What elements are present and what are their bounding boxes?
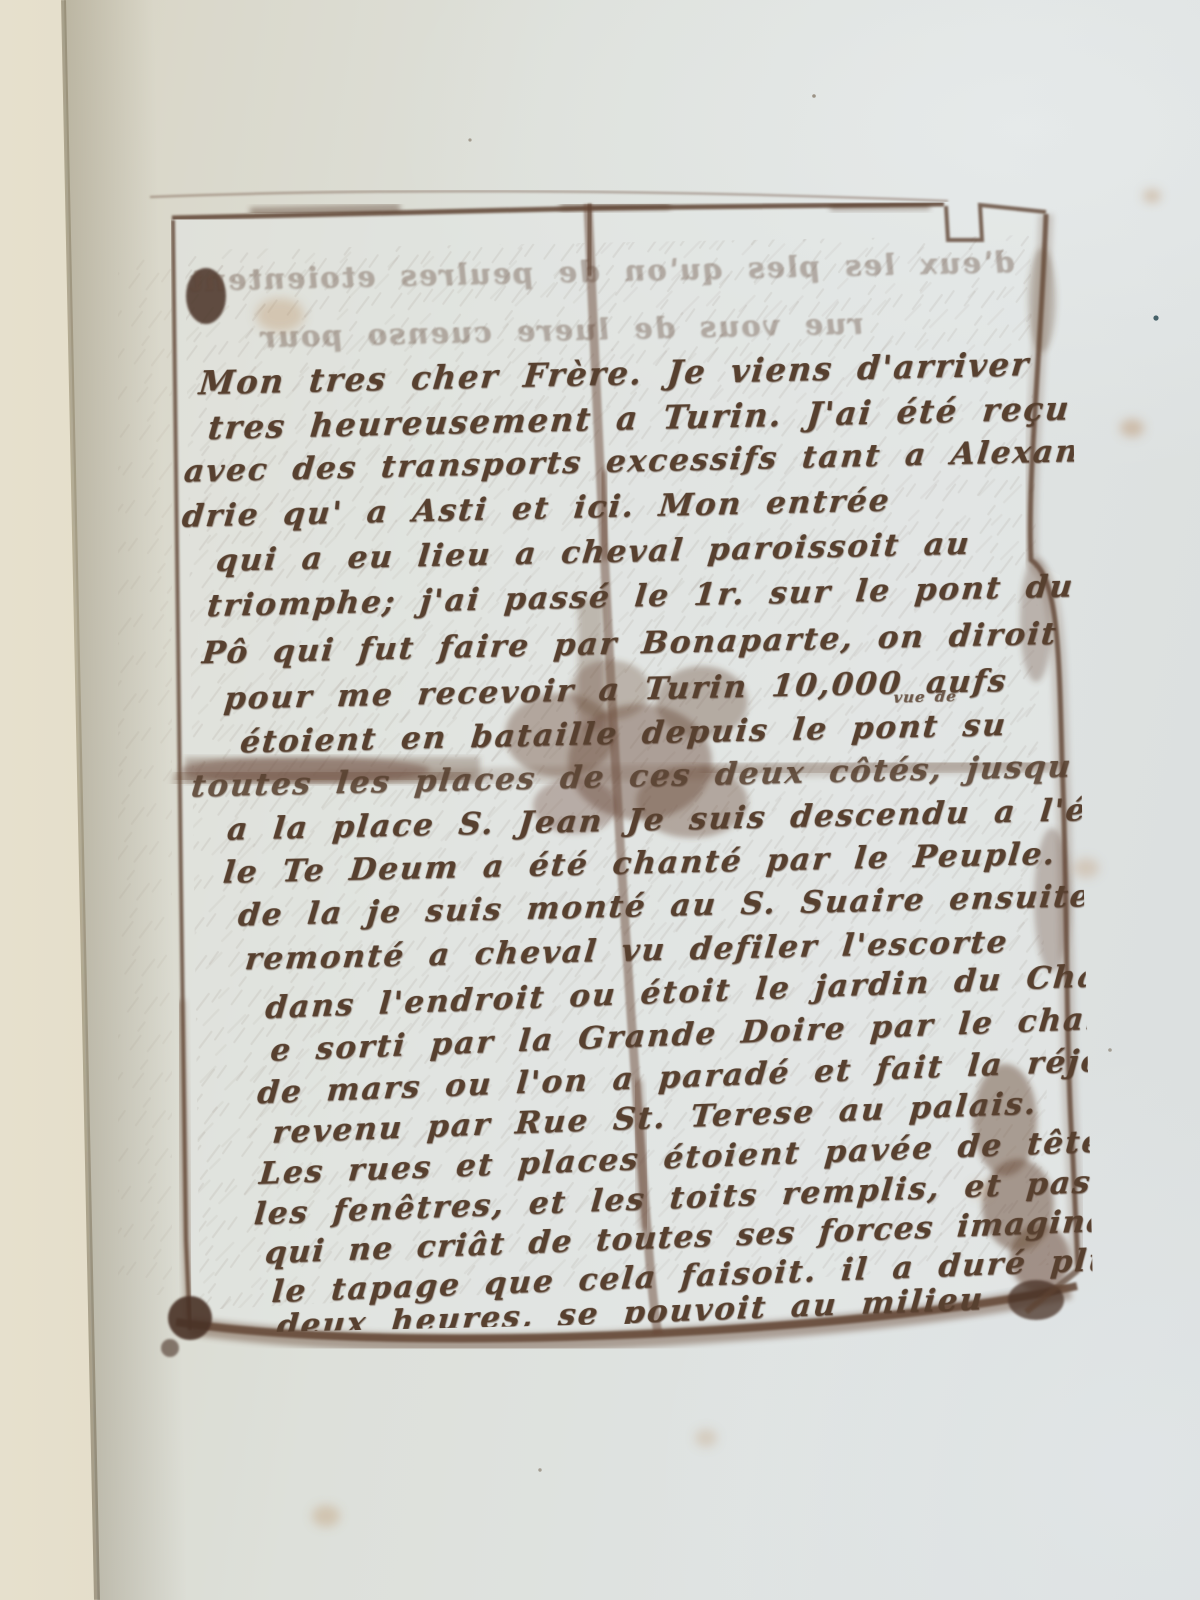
book-photo: d'eux les ples qu'on de peulres etoiente… [0,0,1200,1600]
letter-facsimile-artwork [0,0,1200,1600]
ink-blot-bottom-left-small [161,1339,179,1357]
ink-blot-bottom-left [168,1296,212,1340]
ink-smear-top-left [186,268,226,324]
strikethrough-smudge [180,757,480,783]
